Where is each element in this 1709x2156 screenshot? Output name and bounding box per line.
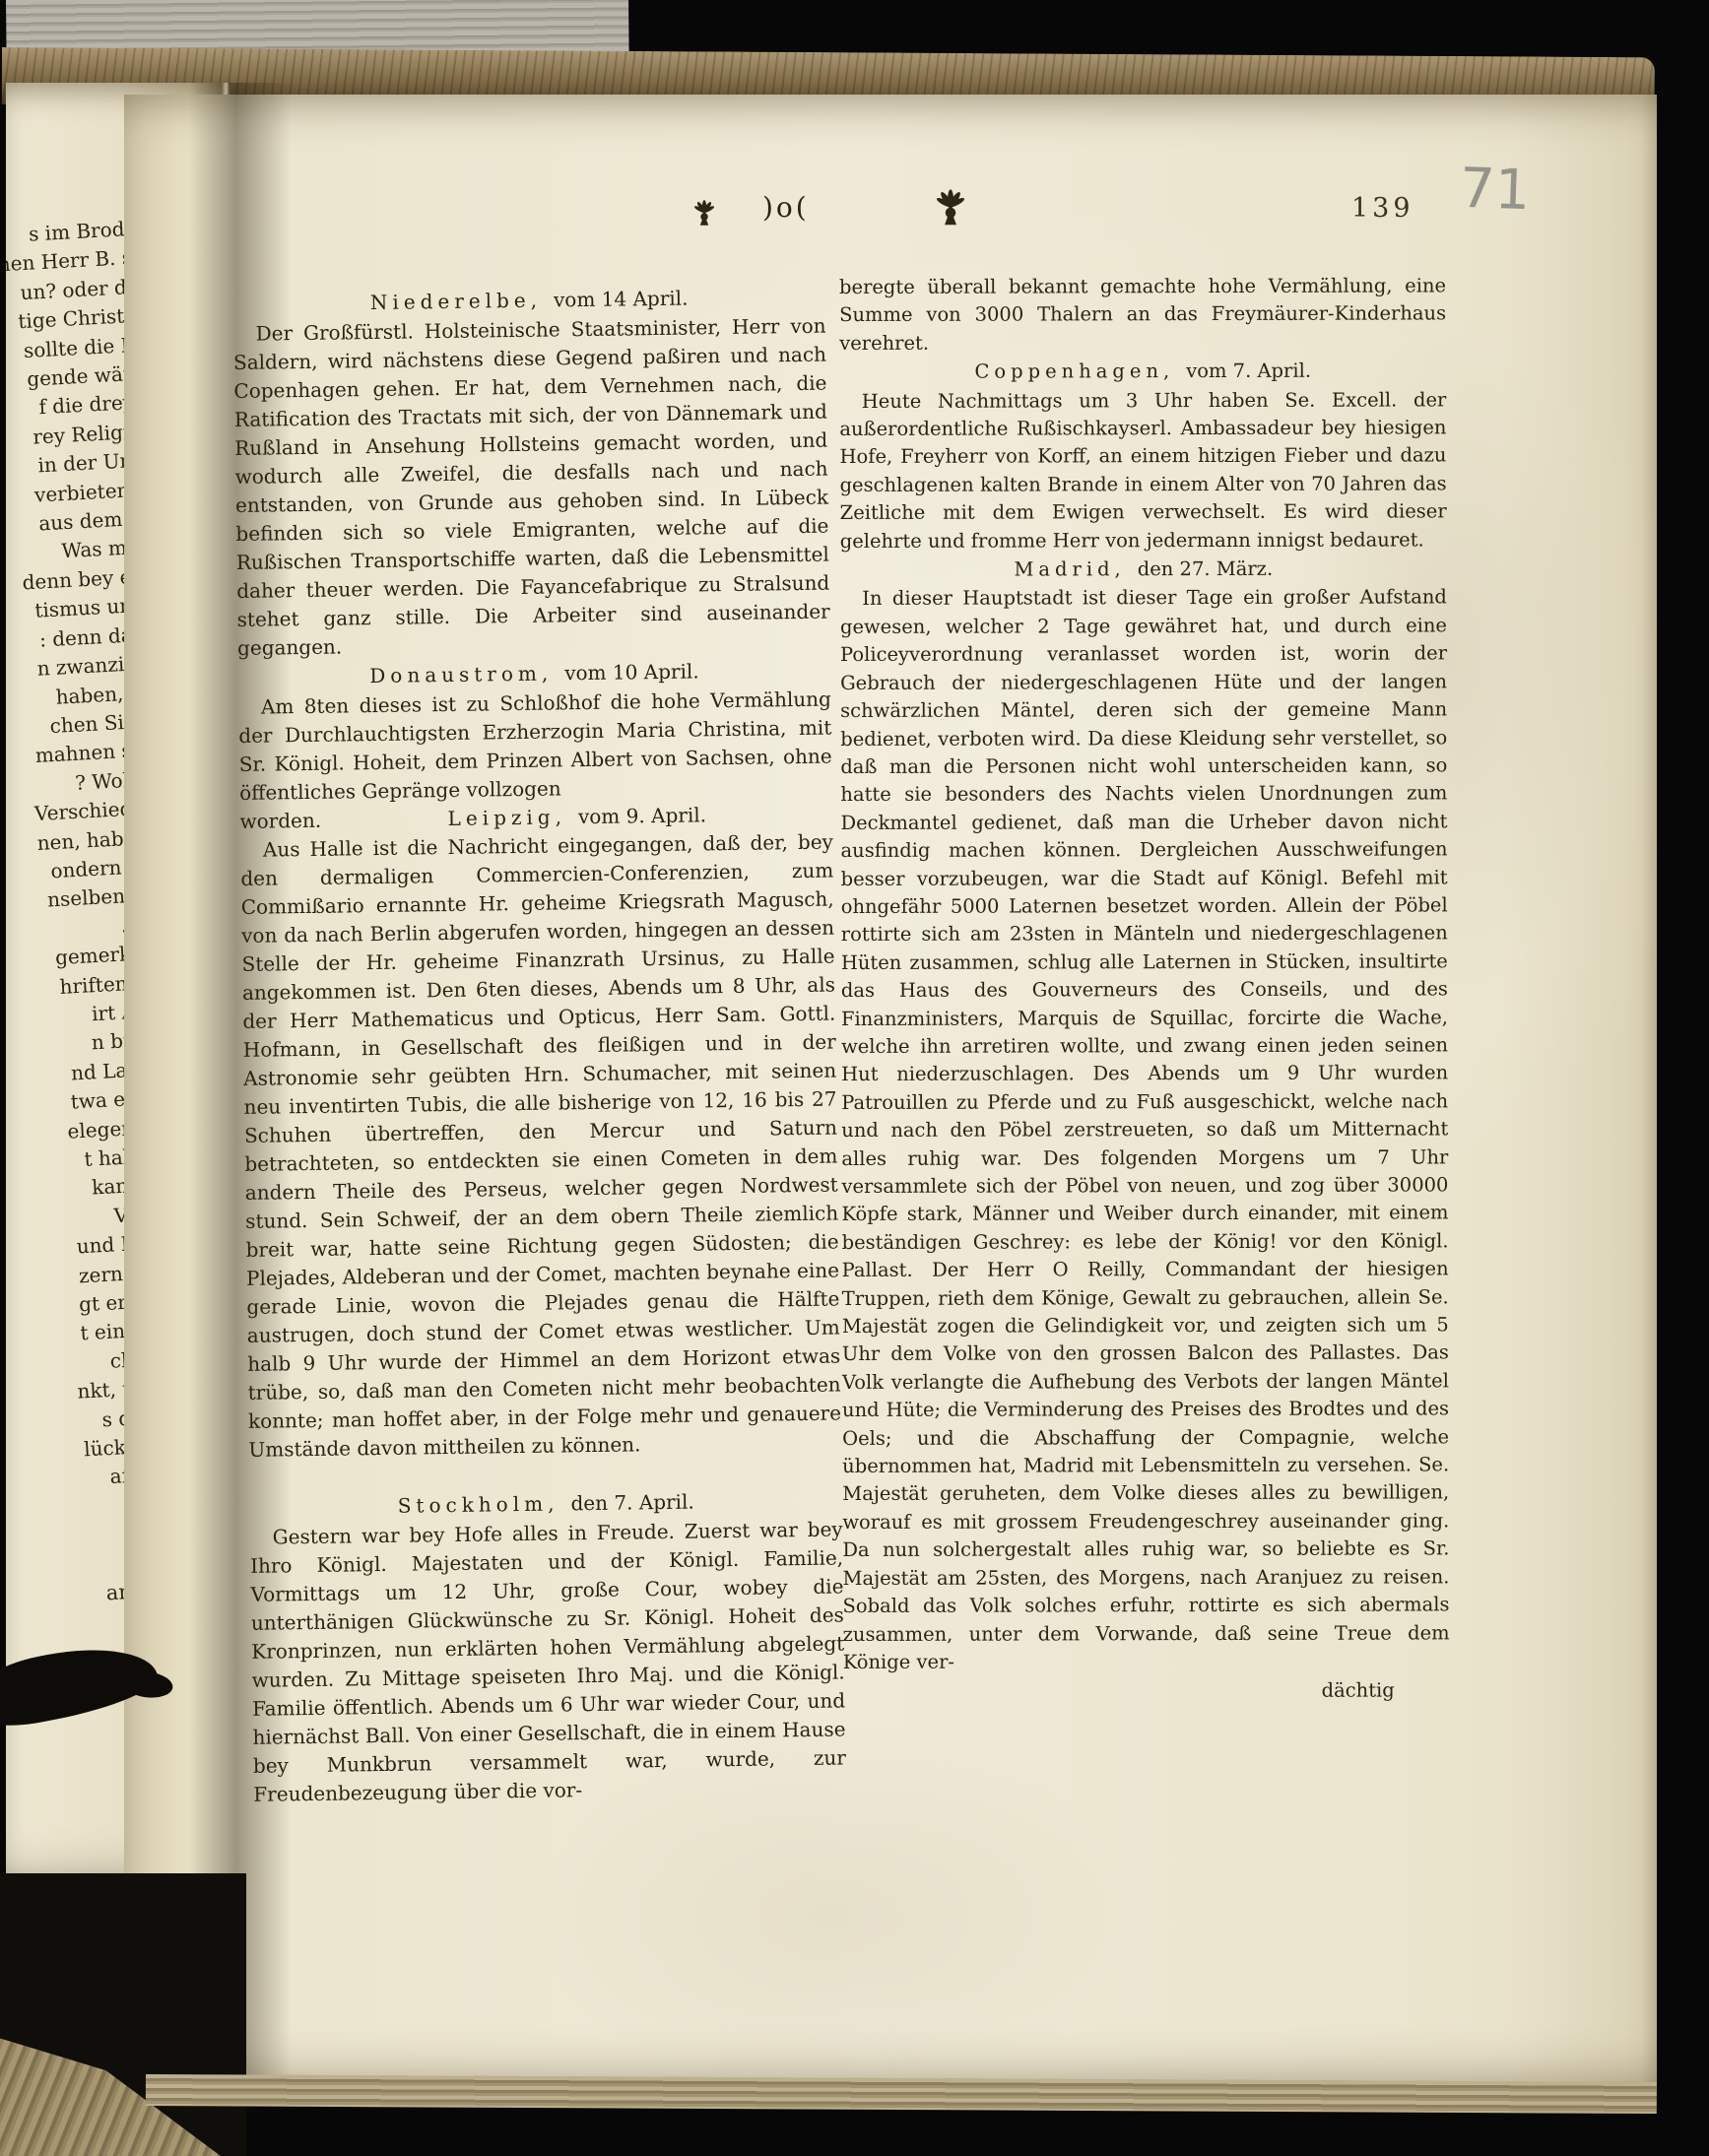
fleuron-left-icon	[690, 197, 719, 227]
catchword: dächtig	[843, 1677, 1450, 1707]
scanned-book-photo: { "document": { "page_number": "139", "f…	[0, 0, 1709, 2156]
column-right: beregte überall bekannt gemachte hohe Ve…	[839, 272, 1450, 1706]
fleuron-right-icon	[930, 185, 971, 227]
paragraph: Am 8ten dieses ist zu Schloßhof die hohe…	[238, 686, 833, 808]
section-heading: Coppenhagen,vom 7. April.	[839, 358, 1446, 387]
dateline-date: den 7. April.	[570, 1490, 694, 1516]
section-heading: Madrid,den 27. März.	[840, 555, 1447, 584]
paragraph: beregte überall bekannt gemachte hohe Ve…	[839, 272, 1446, 358]
book-bottom-edge	[146, 2074, 1657, 2114]
section-mark: )o(	[762, 191, 810, 224]
dateline-place: Madrid,	[1014, 557, 1125, 580]
dateline-date: vom 10 April.	[564, 659, 699, 685]
main-page: )o( 139 71 Niederelbe,vom 14 April.Der G…	[124, 95, 1657, 2090]
paragraph: Der Großfürstl. Holsteinische Staatsmini…	[232, 312, 830, 663]
paragraph: Aus Halle ist die Nachricht eingegangen,…	[240, 828, 842, 1465]
column-left: Niederelbe,vom 14 April.Der Großfürstl. …	[232, 282, 846, 1809]
paragraph: In dieser Hauptstadt ist dieser Tage ein…	[840, 584, 1450, 1676]
dateline-date: vom 14 April.	[554, 287, 689, 312]
dateline-place: Coppenhagen,	[974, 359, 1174, 383]
paragraph-end: worden.	[239, 807, 321, 836]
paragraph: Gestern war bey Hofe alles in Freude. Zu…	[249, 1515, 846, 1808]
paragraph: Heute Nachmittags um 3 Uhr haben Se. Exc…	[839, 386, 1446, 555]
page-number: 139	[1351, 193, 1414, 224]
dateline-date: vom 7. April.	[1186, 359, 1311, 382]
dateline-place: Donaustrom,	[369, 661, 553, 687]
dateline-place: Stockholm,	[398, 1491, 559, 1517]
dateline-date: den 27. März.	[1138, 557, 1273, 580]
handwritten-folio-number: 71	[1459, 157, 1531, 223]
dateline-place: Niederelbe,	[370, 289, 542, 314]
